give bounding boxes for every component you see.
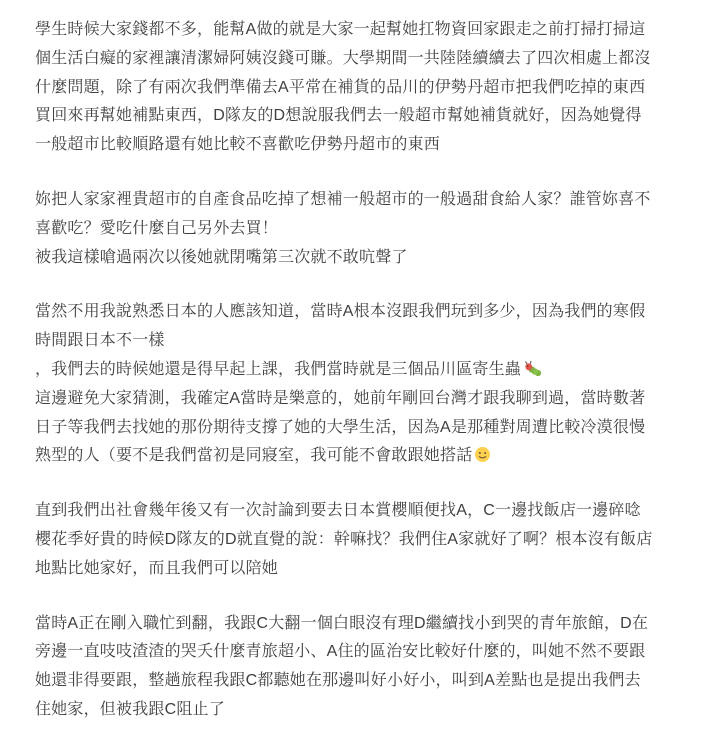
paragraph-2: 妳把人家家裡貴超市的自產食品吃掉了想補一般超市的一般過甜食給人家？誰管妳喜不 喜… [35,186,680,272]
text-line: 一般超市比較順路還有她比較不喜歡吃伊勢丹超市的東西 [35,131,680,160]
text-line: 當時A正在剛入職忙到翻，我跟C大翻一個白眼沒有理D繼續找小到哭的青年旅館，D在 [35,610,680,639]
caterpillar-emoji [523,359,542,388]
slightly-smiling-face-emoji [474,445,491,474]
text-line: 熟型的人（要不是我們當初是同寢室，我可能不會敢跟她搭話 [35,442,680,471]
text-line: 喜歡吃？愛吃什麼自己另外去買！ [35,215,680,244]
text-line: 妳把人家家裡貴超市的自產食品吃掉了想補一般超市的一般過甜食給人家？誰管妳喜不 [35,186,680,215]
text-line: 當然不用我說熟悉日本的人應該知道，當時A根本沒跟我們玩到多少，因為我們的寒假 [35,298,680,327]
text-line: 什麼問題，除了有兩次我們準備去A平常在補貨的品川的伊勢丹超市把我們吃掉的東西 [35,74,680,103]
paragraph-5: 當時A正在剛入職忙到翻，我跟C大翻一個白眼沒有理D繼續找小到哭的青年旅館，D在 … [35,610,680,725]
text-line: 櫻花季好貴的時候D隊友的D就直覺的說：幹嘛找？我們住A家就好了啊？根本沒有飯店 [35,526,680,555]
text-line: 學生時候大家錢都不多，能幫A做的就是大家一起幫她扛物資回家跟走之前打掃打掃這 [35,16,680,45]
text-line: 地點比她家好，而且我們可以陪她 [35,555,680,584]
text-line: 旁邊一直吱吱渣渣的哭夭什麼青旅超小、A住的區治安比較好什麼的，叫她不然不要跟 [35,638,680,667]
text-line: ，我們去的時候她還是得早起上課，我們當時就是三個品川區寄生蟲 [35,356,680,385]
text-line-content: 熟型的人（要不是我們當初是同寢室，我可能不會敢跟她搭話 [35,447,472,464]
post-page: 學生時候大家錢都不多，能幫A做的就是大家一起幫她扛物資回家跟走之前打掃打掃這 個… [0,0,708,730]
text-line: 住她家，但被我跟C阻止了 [35,696,680,725]
text-line: 時間跟日本不一樣 [35,327,680,356]
post-content: 學生時候大家錢都不多，能幫A做的就是大家一起幫她扛物資回家跟走之前打掃打掃這 個… [0,0,708,725]
paragraph-4: 直到我們出社會幾年後又有一次討論到要去日本賞櫻順便找A，C一邊找飯店一邊碎唸 櫻… [35,497,680,583]
paragraph-1: 學生時候大家錢都不多，能幫A做的就是大家一起幫她扛物資回家跟走之前打掃打掃這 個… [35,16,680,160]
text-line: 這邊避免大家猜測，我確定A當時是樂意的，她前年剛回台灣才跟我聊到過，當時數著 [35,385,680,414]
paragraph-3: 當然不用我說熟悉日本的人應該知道，當時A根本沒跟我們玩到多少，因為我們的寒假 時… [35,298,680,471]
text-line: 被我這樣嗆過兩次以後她就閉嘴第三次就不敢吭聲了 [35,244,680,273]
text-line: 直到我們出社會幾年後又有一次討論到要去日本賞櫻順便找A，C一邊找飯店一邊碎唸 [35,497,680,526]
text-line: 買回來再幫她補點東西，D隊友的D想說服我們去一般超市幫她補貨就好，因為她覺得 [35,102,680,131]
text-line: 個生活白癡的家裡讓清潔婦阿姨沒錢可賺。大學期間一共陸陸續續去了四次相處上都沒 [35,45,680,74]
text-line: 她還非得要跟，整趟旅程我跟C都聽她在那邊叫好小好小，叫到A差點也是提出我們去 [35,667,680,696]
text-line: 日子等我們去找她的那份期待支撐了她的大學生活，因為A是那種對周遭比較冷漠很慢 [35,414,680,443]
text-line-content: ，我們去的時候她還是得早起上課，我們當時就是三個品川區寄生蟲 [35,361,521,378]
